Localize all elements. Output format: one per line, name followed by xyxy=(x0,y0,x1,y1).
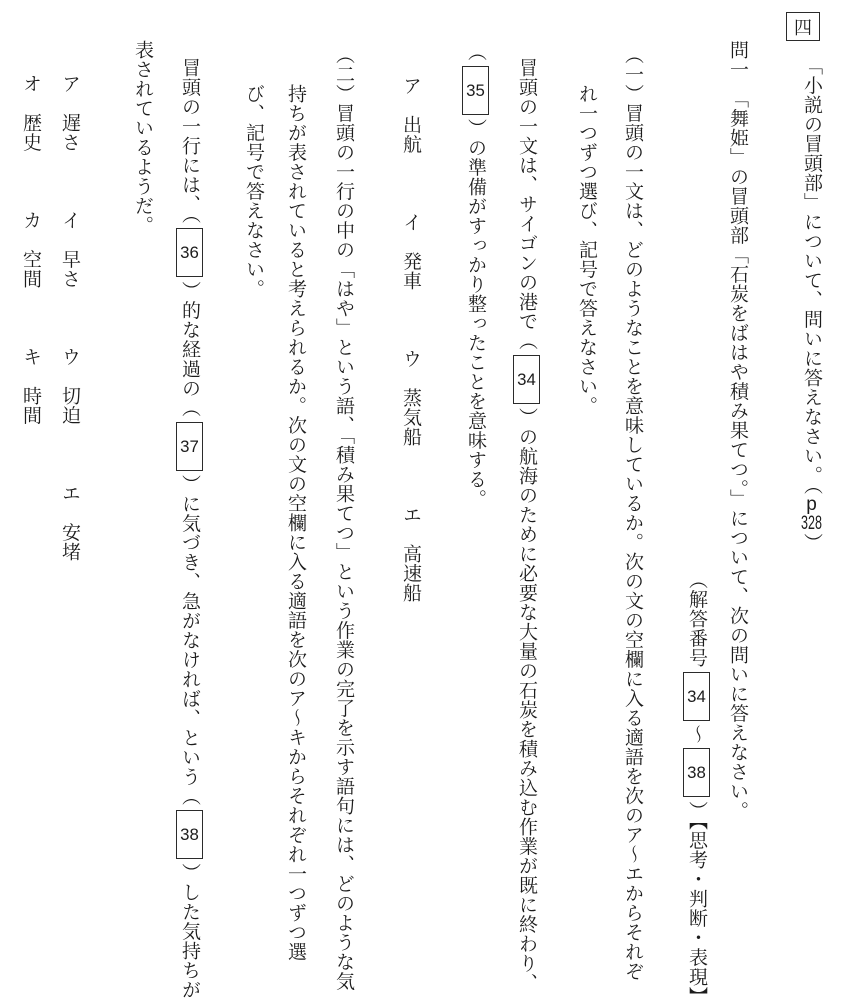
q1-sub2-prompt-line3-text: び、記号で答えなさい。 xyxy=(243,84,264,299)
page-ref-letter: p xyxy=(801,495,822,514)
q1-sub1-fill-pre: 冒頭の一文は、サイゴンの港で（ xyxy=(516,58,537,351)
answer-number-box-38: 38 xyxy=(683,748,710,797)
page-ref-number: 328 xyxy=(801,514,822,533)
section-title-text: 「小説の冒頭部」について、問いに答えなさい。（ xyxy=(801,56,822,495)
exam-page: 四 「小説の冒頭部」について、問いに答えなさい。（p328） 問一 「舞姫」の冒… xyxy=(0,0,844,999)
q1-sub2-options-row1: ア 遅さ イ 早さ ウ 切迫 エ 安堵 xyxy=(59,74,80,562)
q1-sub1-options: ア 出航 イ 発車 ウ 蒸気船 エ 高速船 xyxy=(400,76,421,603)
q1-heading-text: 問一 「舞姫」の冒頭部「石炭をばはや積み果てつ。」について、次の問いに答えなさい… xyxy=(727,40,748,821)
answer-blank-box-35: 35 xyxy=(462,66,489,115)
q1-sub1-fill-line1: 冒頭の一文は、サイゴンの港で（34）の航海のために必要な大量の石炭を積み込む作業… xyxy=(516,58,537,993)
answer-blank-box-38: 38 xyxy=(176,810,203,859)
q1-heading: 問一 「舞姫」の冒頭部「石炭をばはや積み果てつ。」について、次の問いに答えなさい… xyxy=(727,40,748,821)
answer-note-pre: （解答番号 xyxy=(686,570,707,668)
competency-tag: ）【思考・判断・表現】 xyxy=(686,801,707,999)
q1-sub1-fill-line2: （35）の準備がすっかり整ったことを意味する。 xyxy=(465,42,486,509)
section-title: 「小説の冒頭部」について、問いに答えなさい。（p328） xyxy=(801,56,822,553)
q1-sub1-prompt-line1-text: （一）冒頭の一文は、どのようなことを意味しているか。次の文の空欄に入る適語を次の… xyxy=(622,45,643,981)
q1-sub1-prompt-line2-text: れ一つずつ選び、記号で答えなさい。 xyxy=(576,84,597,416)
answer-blank-box-34: 34 xyxy=(513,355,540,404)
range-tilde: ～ xyxy=(686,725,707,745)
q1-sub1-prompt-line2: れ一つずつ選び、記号で答えなさい。 xyxy=(576,84,597,416)
q1-sub2-prompt-line2: 持ちが表されていると考えられるか。次の文の空欄に入る適語を次のア～キからそれぞれ… xyxy=(285,84,306,962)
q1-sub2-fill-seg3: ）に気づき、急がなければ、という（ xyxy=(179,475,200,807)
q1-sub2-fill-line1: 冒頭の一行には、（36）的な経過の（37）に気づき、急がなければ、という（38）… xyxy=(179,58,200,999)
q1-sub2-options-row2-text: オ 歴史 カ 空間 キ 時間 xyxy=(20,74,41,425)
q1-sub2-fill-seg4: ）した気持ちが xyxy=(179,863,200,999)
q1-sub2-prompt-line1-text: （二）冒頭の一行の中の「はや」という語、「積み果てつ」という作業の完了を示す語句… xyxy=(333,45,354,991)
q1-sub2-options-row1-text: ア 遅さ イ 早さ ウ 切迫 エ 安堵 xyxy=(59,74,80,562)
q1-sub1-fill-line2-post: ）の準備がすっかり整ったことを意味する。 xyxy=(465,119,486,509)
q1-sub2-fill-line2: 表されているようだ。 xyxy=(132,40,153,235)
section-number: 四 xyxy=(794,14,812,40)
q1-sub1-options-text: ア 出航 イ 発車 ウ 蒸気船 エ 高速船 xyxy=(400,76,421,603)
q1-sub2-prompt-line3: び、記号で答えなさい。 xyxy=(243,84,264,299)
answer-blank-box-36: 36 xyxy=(176,228,203,277)
q1-sub2-fill-line2-text: 表されているようだ。 xyxy=(132,40,153,235)
q1-sub2-prompt-line1: （二）冒頭の一行の中の「はや」という語、「積み果てつ」という作業の完了を示す語句… xyxy=(333,45,354,991)
q1-answer-note: （解答番号34～38）【思考・判断・表現】 xyxy=(686,570,707,999)
q1-sub1-fill-mid: ）の航海のために必要な大量の石炭を積み込む作業が既に終わり、 xyxy=(516,408,537,993)
q1-sub1-prompt-line1: （一）冒頭の一文は、どのようなことを意味しているか。次の文の空欄に入る適語を次の… xyxy=(622,45,643,981)
q1-sub2-options-row2: オ 歴史 カ 空間 キ 時間 xyxy=(20,74,41,425)
q1-sub1-fill-line2-pre: （ xyxy=(465,42,486,62)
answer-number-box-34: 34 xyxy=(683,672,710,721)
section-title-close: ） xyxy=(801,533,822,553)
q1-sub2-prompt-line2-text: 持ちが表されていると考えられるか。次の文の空欄に入る適語を次のア～キからそれぞれ… xyxy=(285,84,306,962)
answer-blank-box-37: 37 xyxy=(176,422,203,471)
q1-sub2-fill-seg2: ）的な経過の（ xyxy=(179,281,200,418)
q1-sub2-fill-seg1: 冒頭の一行には、（ xyxy=(179,58,200,224)
section-number-box: 四 xyxy=(786,12,820,41)
